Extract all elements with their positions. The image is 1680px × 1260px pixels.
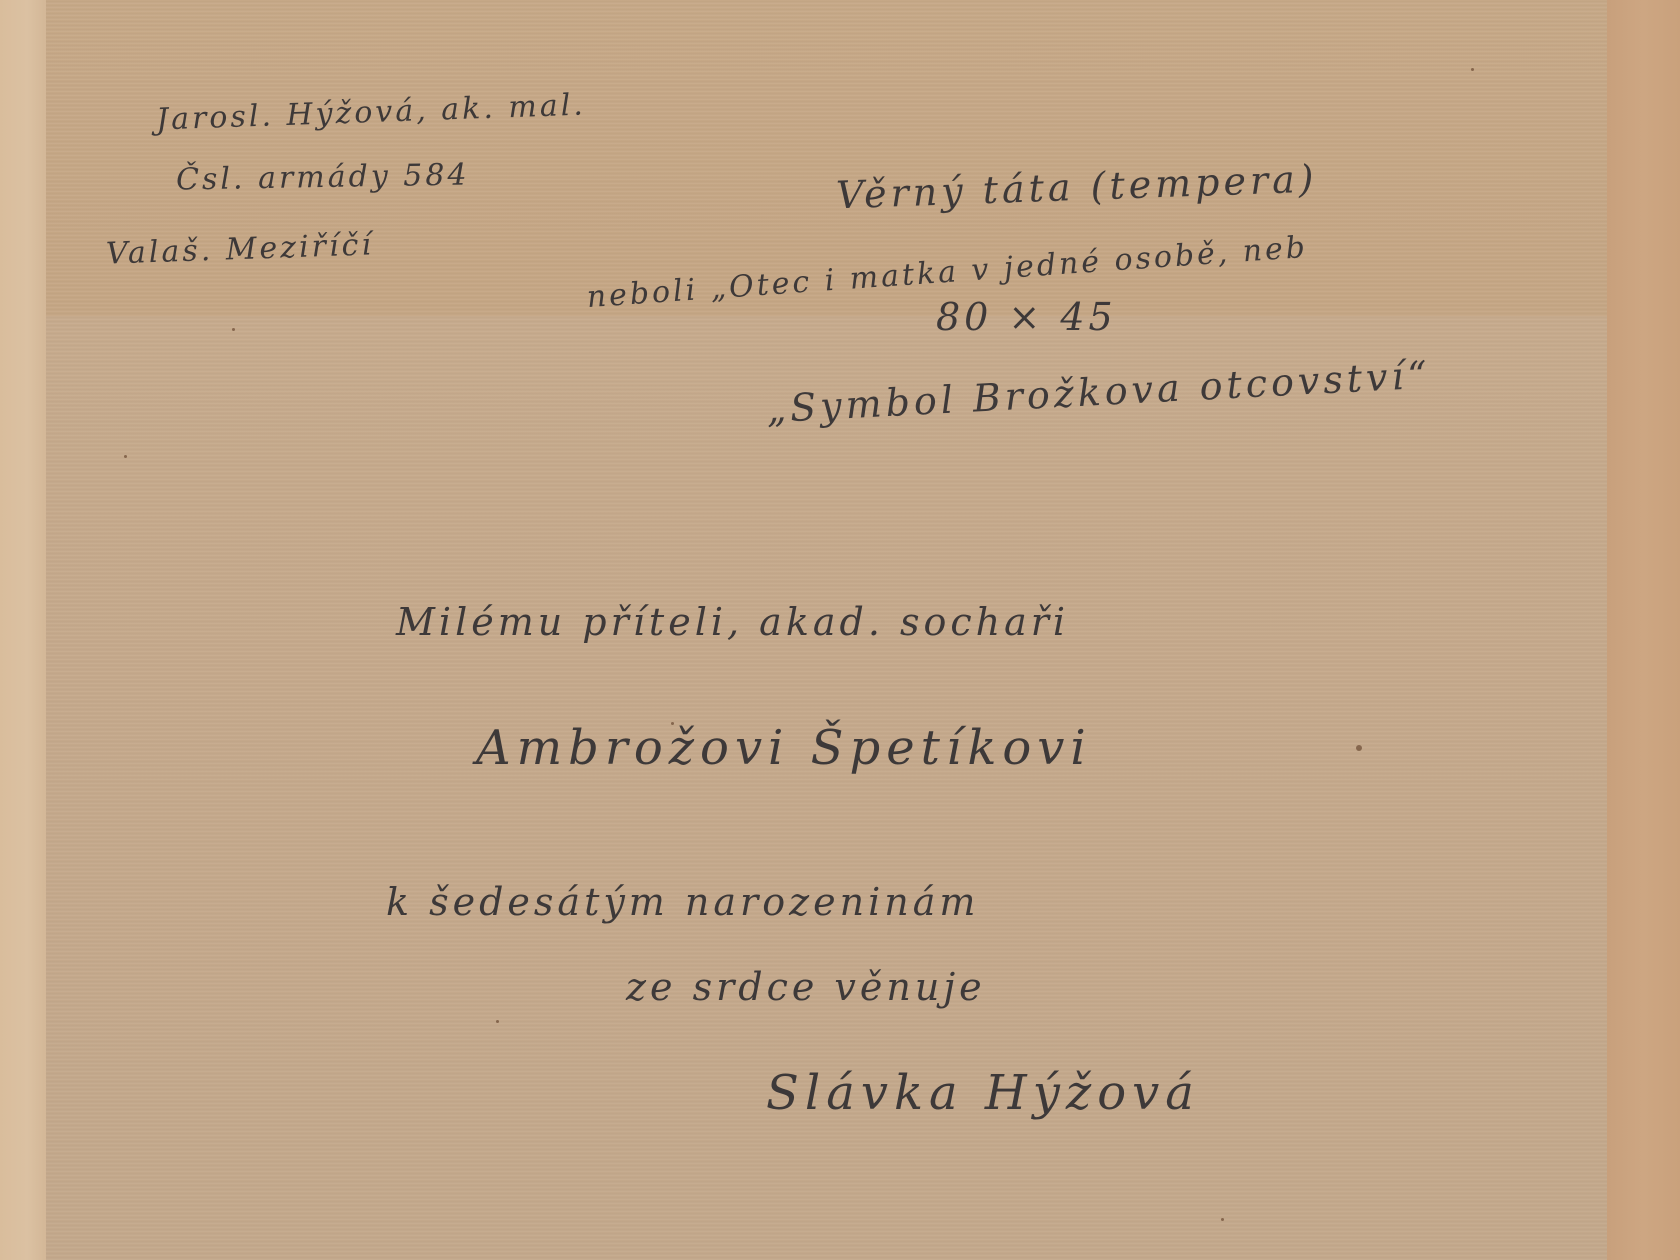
painting-dimensions: 80 × 45	[936, 295, 1117, 339]
speck	[232, 328, 235, 331]
right-mount-strip	[1607, 0, 1680, 1260]
speck	[1356, 745, 1362, 751]
dedication-line-2: Ambrožovi Špetíkovi	[476, 720, 1092, 776]
speck	[1471, 68, 1474, 71]
address-line-2: Čsl. armády 584	[176, 157, 470, 197]
speck	[1221, 1218, 1224, 1221]
title-line-3: „Symbol Brožkova otcovství“	[765, 353, 1432, 432]
cardboard-backing: Jarosl. Hýžová, ak. mal. Čsl. armády 584…	[46, 0, 1607, 1260]
speck	[496, 1020, 499, 1023]
dedication-line-3: k šedesátým narozeninám	[386, 880, 979, 924]
dedication-line-1: Milému příteli, akad. sochaři	[396, 600, 1069, 644]
left-mount-strip	[0, 0, 46, 1260]
speck	[124, 455, 127, 458]
dedication-line-4: ze srdce věnuje	[626, 965, 986, 1009]
signature: Slávka Hýžová	[766, 1065, 1200, 1121]
